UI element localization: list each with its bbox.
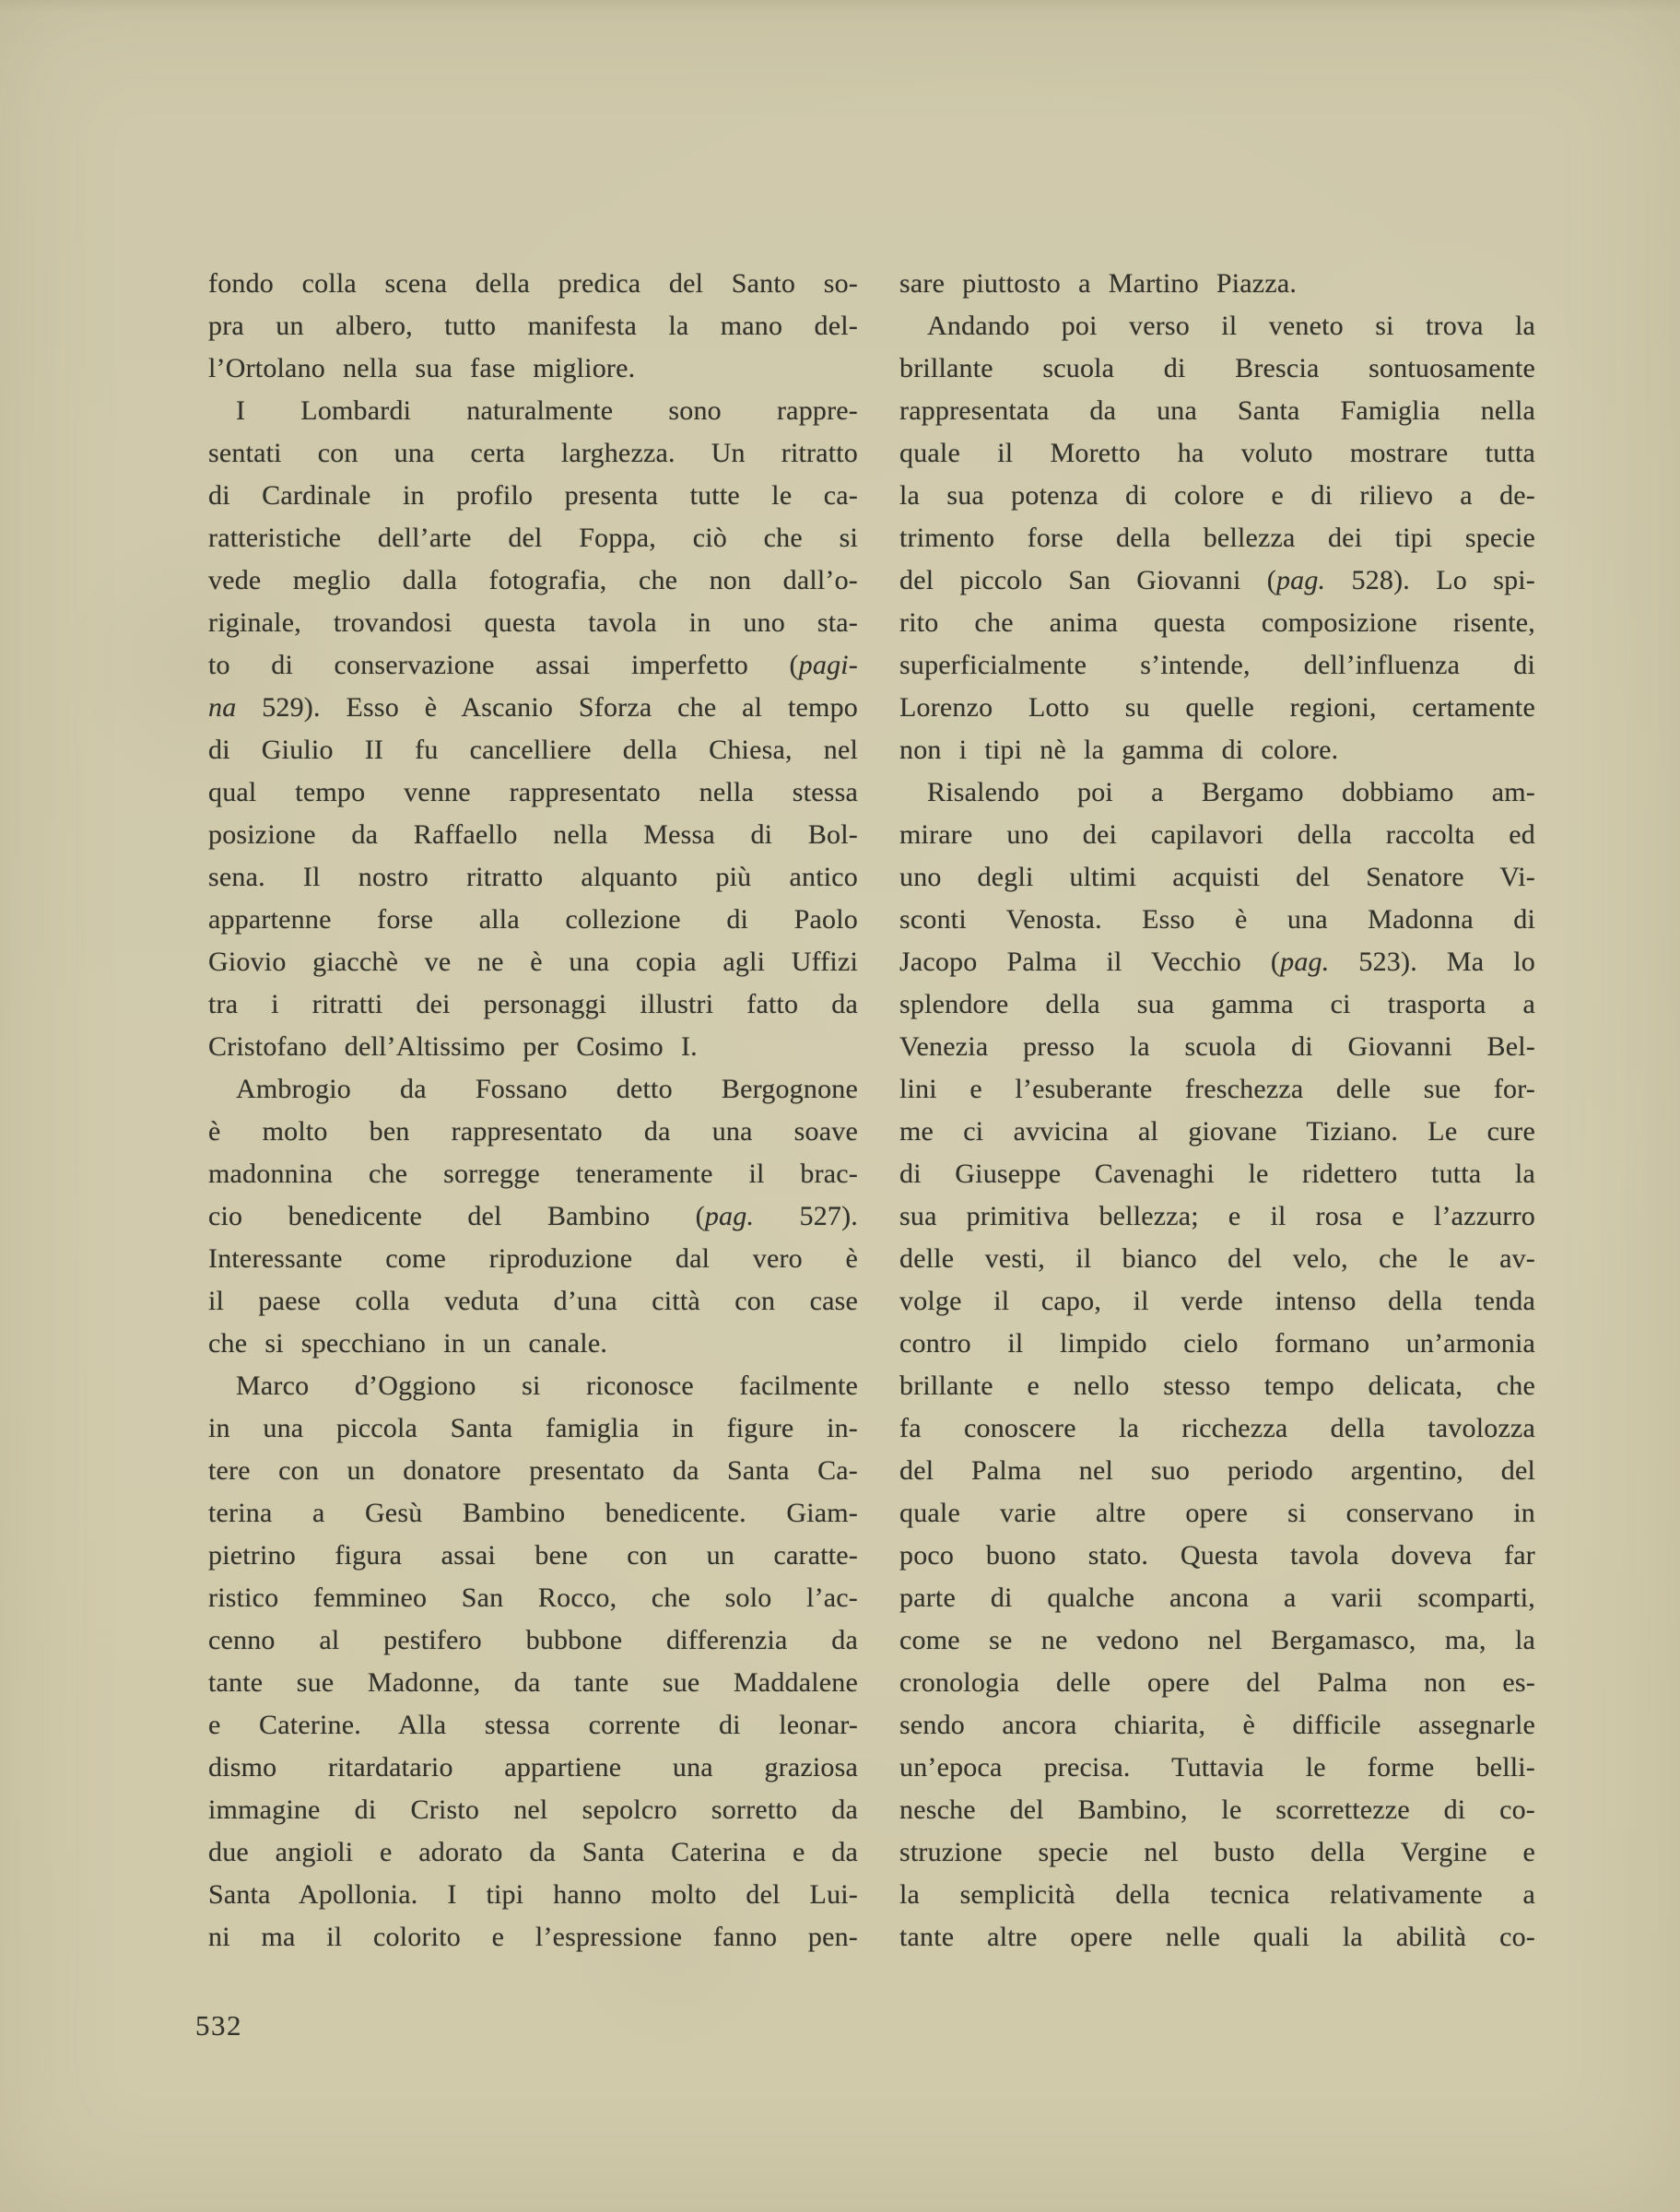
text-line: quale il Moretto ha voluto mostrare tutt…	[899, 432, 1535, 475]
text-line: Santa Apollonia. I tipi hanno molto del …	[208, 1874, 858, 1916]
text-line: ristico femmineo San Rocco, che solo l’a…	[208, 1577, 858, 1619]
text-line: madonnina che sorregge teneramente il br…	[208, 1153, 858, 1195]
text-line: fa conoscere la ricchezza della tavolozz…	[899, 1407, 1535, 1450]
text-line: vede meglio dalla fotografia, che non da…	[208, 559, 858, 602]
text-line: trimento forse della bellezza dei tipi s…	[899, 517, 1535, 559]
text-column-left: fondo colla scena della predica del Sant…	[208, 263, 858, 1959]
text-line: cio benedicente del Bambino (pag. 527).	[208, 1195, 858, 1238]
text-line: quale varie altre opere si conservano in	[899, 1492, 1535, 1535]
text-line: Lorenzo Lotto su quelle regioni, certame…	[899, 687, 1535, 729]
text-line: appartenne forse alla collezione di Paol…	[208, 899, 858, 941]
text-line: un’epoca precisa. Tuttavia le forme bell…	[899, 1747, 1535, 1789]
text-line: Risalendo poi a Bergamo dobbiamo am-	[899, 771, 1535, 814]
text-line: sena. Il nostro ritratto alquanto più an…	[208, 856, 858, 899]
text-line: tra i ritratti dei personaggi illustri f…	[208, 983, 858, 1026]
text-line: Venezia presso la scuola di Giovanni Bel…	[899, 1026, 1535, 1068]
text-line: e Caterine. Alla stessa corrente di leon…	[208, 1704, 858, 1747]
book-page: fondo colla scena della predica del Sant…	[0, 0, 1680, 2212]
text-line: immagine di Cristo nel sepolcro sorretto…	[208, 1789, 858, 1831]
text-line: del Palma nel suo periodo argentino, del	[899, 1450, 1535, 1492]
text-line: contro il limpido cielo formano un’armon…	[899, 1323, 1535, 1365]
text-line: dismo ritardatario appartiene una grazio…	[208, 1747, 858, 1789]
text-line: che si specchiano in un canale.	[208, 1323, 858, 1365]
text-line: come se ne vedono nel Bergamasco, ma, la	[899, 1619, 1535, 1662]
text-line: terina a Gesù Bambino benedicente. Giam-	[208, 1492, 858, 1535]
text-line: uno degli ultimi acquisti del Senatore V…	[899, 856, 1535, 899]
text-line: struzione specie nel busto della Vergine…	[899, 1831, 1535, 1874]
text-line: non i tipi nè la gamma di colore.	[899, 729, 1535, 771]
page-number: 532	[195, 2009, 242, 2042]
text-line: me ci avvicina al giovane Tiziano. Le cu…	[899, 1111, 1535, 1153]
text-line: poco buono stato. Questa tavola doveva f…	[899, 1535, 1535, 1577]
text-line: l’Ortolano nella sua fase migliore.	[208, 347, 858, 390]
text-line: due angioli e adorato da Santa Caterina …	[208, 1831, 858, 1874]
text-line: riginale, trovandosi questa tavola in un…	[208, 602, 858, 644]
text-line: ratteristiche dell’arte del Foppa, ciò c…	[208, 517, 858, 559]
text-line: di Giulio II fu cancelliere della Chiesa…	[208, 729, 858, 771]
text-line: il paese colla veduta d’una città con ca…	[208, 1280, 858, 1323]
text-line: di Giuseppe Cavenaghi le ridettero tutta…	[899, 1153, 1535, 1195]
text-line: Ambrogio da Fossano detto Bergognone	[208, 1068, 858, 1111]
text-line: tante altre opere nelle quali la abilità…	[899, 1916, 1535, 1959]
text-line: delle vesti, il bianco del velo, che le …	[899, 1238, 1535, 1280]
text-line: di Cardinale in profilo presenta tutte l…	[208, 475, 858, 517]
text-line: fondo colla scena della predica del Sant…	[208, 263, 858, 305]
text-line: I Lombardi naturalmente sono rappre-	[208, 390, 858, 432]
text-line: sentati con una certa larghezza. Un ritr…	[208, 432, 858, 475]
text-line: mirare uno dei capilavori della raccolta…	[899, 814, 1535, 856]
text-line: la semplicità della tecnica relativament…	[899, 1874, 1535, 1916]
text-line: Jacopo Palma il Vecchio (pag. 523). Ma l…	[899, 941, 1535, 983]
text-line: splendore della sua gamma ci trasporta a	[899, 983, 1535, 1026]
text-line: sare piuttosto a Martino Piazza.	[899, 263, 1535, 305]
text-line: Giovio giacchè ve ne è una copia agli Uf…	[208, 941, 858, 983]
text-line: Marco d’Oggiono si riconosce facilmente	[208, 1365, 858, 1407]
text-line: sua primitiva bellezza; e il rosa e l’az…	[899, 1195, 1535, 1238]
text-line: sendo ancora chiarita, è difficile asseg…	[899, 1704, 1535, 1747]
text-line: na 529). Esso è Ascanio Sforza che al te…	[208, 687, 858, 729]
text-line: cronologia delle opere del Palma non es-	[899, 1662, 1535, 1704]
text-line: superficialmente s’intende, dell’influen…	[899, 644, 1535, 687]
text-line: brillante e nello stesso tempo delicata,…	[899, 1365, 1535, 1407]
text-line: pietrino figura assai bene con un caratt…	[208, 1535, 858, 1577]
text-column-right: sare piuttosto a Martino Piazza.Andando …	[899, 263, 1535, 1959]
text-line: lini e l’esuberante freschezza delle sue…	[899, 1068, 1535, 1111]
text-line: Interessante come riproduzione dal vero …	[208, 1238, 858, 1280]
text-line: posizione da Raffaello nella Messa di Bo…	[208, 814, 858, 856]
text-line: rappresentata da una Santa Famiglia nell…	[899, 390, 1535, 432]
text-line: cenno al pestifero bubbone differenzia d…	[208, 1619, 858, 1662]
text-line: è molto ben rappresentato da una soave	[208, 1111, 858, 1153]
text-line: rito che anima questa composizione risen…	[899, 602, 1535, 644]
text-line: nesche del Bambino, le scorrettezze di c…	[899, 1789, 1535, 1831]
text-line: brillante scuola di Brescia sontuosament…	[899, 347, 1535, 390]
text-line: sconti Venosta. Esso è una Madonna di	[899, 899, 1535, 941]
text-line: parte di qualche ancona a varii scompart…	[899, 1577, 1535, 1619]
text-line: tante sue Madonne, da tante sue Maddalen…	[208, 1662, 858, 1704]
text-line: in una piccola Santa famiglia in figure …	[208, 1407, 858, 1450]
text-line: to di conservazione assai imperfetto (pa…	[208, 644, 858, 687]
text-line: qual tempo venne rappresentato nella ste…	[208, 771, 858, 814]
text-line: tere con un donatore presentato da Santa…	[208, 1450, 858, 1492]
text-line: Cristofano dell’Altissimo per Cosimo I.	[208, 1026, 858, 1068]
text-line: la sua potenza di colore e di rilievo a …	[899, 475, 1535, 517]
text-line: volge il capo, il verde intenso della te…	[899, 1280, 1535, 1323]
text-line: ni ma il colorito e l’espressione fanno …	[208, 1916, 858, 1959]
text-line: del piccolo San Giovanni (pag. 528). Lo …	[899, 559, 1535, 602]
text-line: Andando poi verso il veneto si trova la	[899, 305, 1535, 347]
text-line: pra un albero, tutto manifesta la mano d…	[208, 305, 858, 347]
